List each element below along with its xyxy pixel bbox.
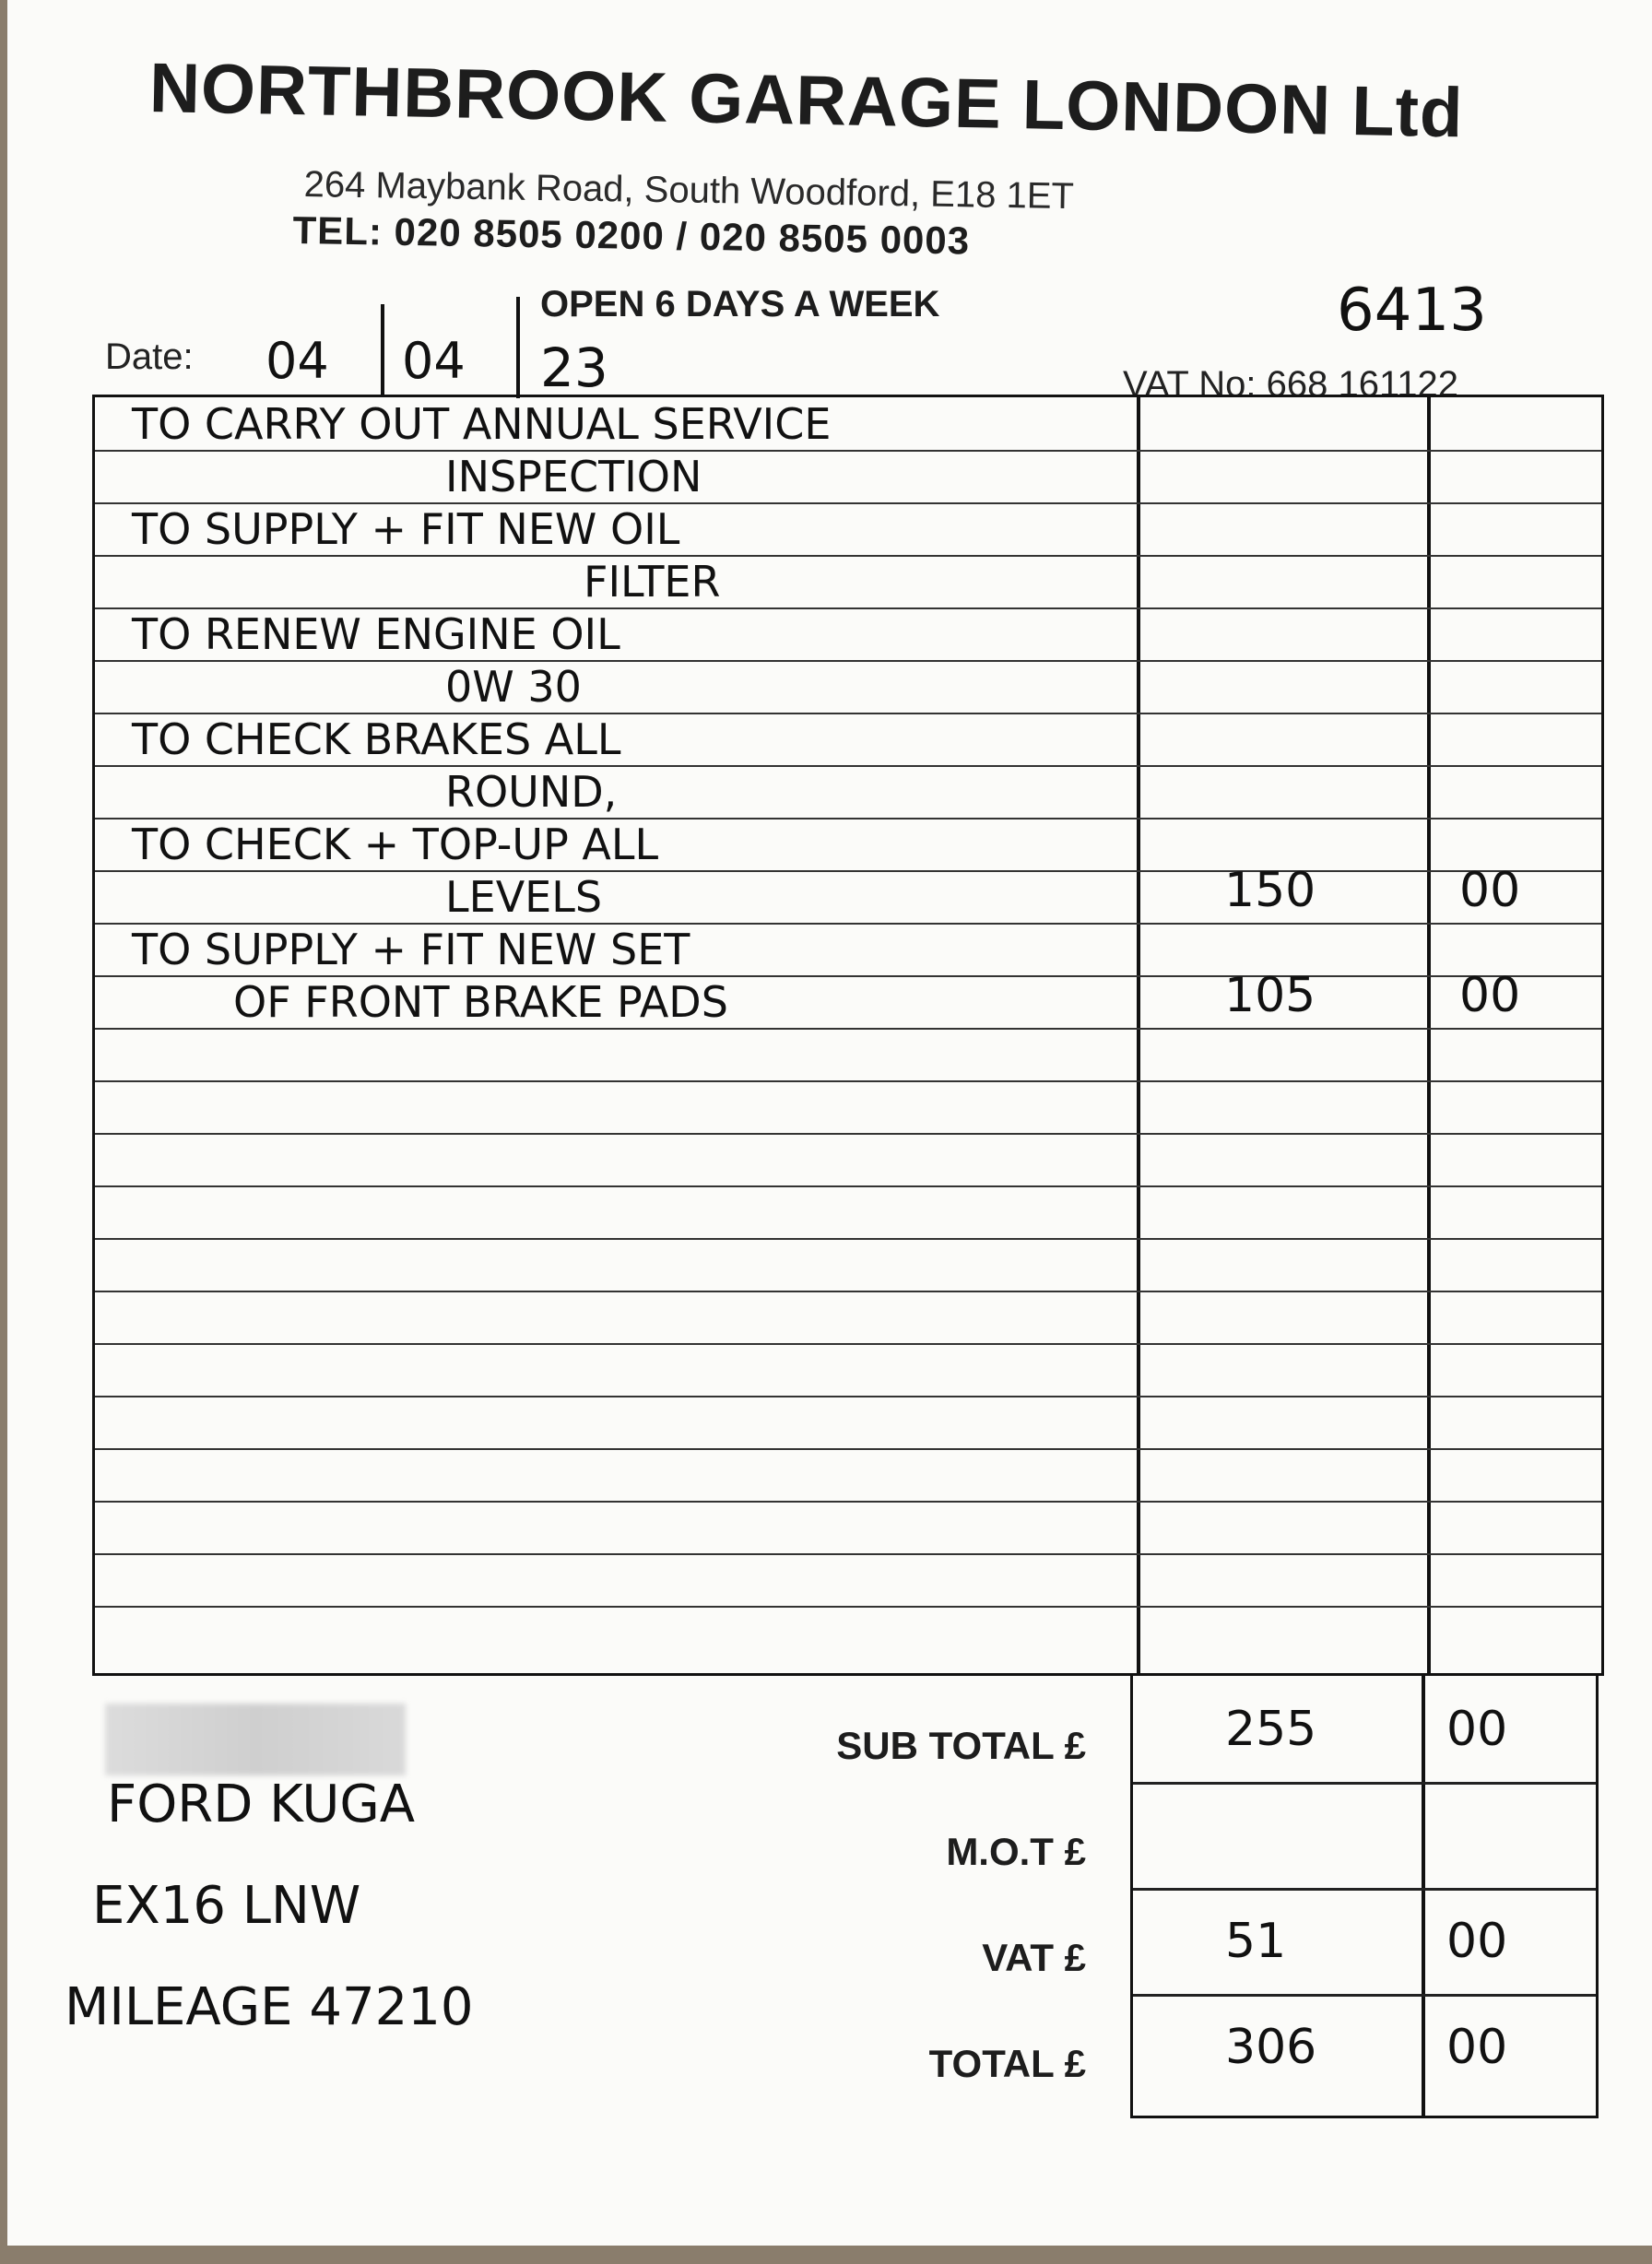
company-name: NORTHBROOK GARAGE LONDON Ltd bbox=[148, 48, 1569, 156]
line-item-text: 0W 30 bbox=[445, 662, 582, 712]
line-item-text: ROUND, bbox=[445, 767, 617, 817]
invoice-number: 6413 bbox=[1337, 277, 1487, 345]
vehicle-model: FORD KUGA bbox=[107, 1775, 415, 1834]
ruled-line bbox=[95, 1133, 1601, 1135]
totals-divider bbox=[1133, 1782, 1596, 1785]
ruled-line bbox=[95, 765, 1601, 767]
vehicle-registration: EX16 LNW bbox=[92, 1876, 360, 1936]
date-label: Date: bbox=[105, 336, 194, 378]
opening-hours: OPEN 6 DAYS A WEEK bbox=[540, 284, 939, 325]
total-label: VAT £ bbox=[982, 1936, 1086, 1980]
redacted-customer-name bbox=[105, 1704, 406, 1775]
total-pence: 00 bbox=[1446, 1702, 1507, 1757]
ruled-line bbox=[95, 1080, 1601, 1082]
line-item-text: INSPECTION bbox=[445, 452, 702, 501]
line-items-table: TO CARRY OUT ANNUAL SERVICEINSPECTIONTO … bbox=[92, 395, 1604, 1676]
line-item-text: TO RENEW ENGINE OIL bbox=[132, 609, 620, 659]
total-pounds: 51 bbox=[1225, 1914, 1286, 1969]
line-item-text: LEVELS bbox=[445, 872, 602, 922]
ruled-line bbox=[95, 1553, 1601, 1555]
ruled-line bbox=[95, 1606, 1601, 1608]
total-pounds: 255 bbox=[1225, 1702, 1316, 1757]
totals-table: 25500510030600 bbox=[1130, 1676, 1599, 2118]
ruled-line bbox=[95, 555, 1601, 557]
date-separator bbox=[516, 297, 520, 398]
column-divider bbox=[1137, 397, 1140, 1673]
column-divider bbox=[1427, 397, 1431, 1673]
line-item-pounds: 150 bbox=[1224, 863, 1316, 918]
ruled-line bbox=[95, 660, 1601, 662]
date-month: 04 bbox=[402, 332, 466, 390]
line-item-text: OF FRONT BRAKE PADS bbox=[233, 977, 728, 1027]
line-item-pence: 00 bbox=[1459, 968, 1520, 1023]
ruled-line bbox=[95, 1343, 1601, 1345]
line-item-text: FILTER bbox=[584, 557, 720, 607]
line-item-text: TO CHECK + TOP-UP ALL bbox=[132, 820, 658, 869]
ruled-line bbox=[95, 1291, 1601, 1292]
ruled-line bbox=[95, 450, 1601, 452]
invoice-paper: NORTHBROOK GARAGE LONDON Ltd 264 Maybank… bbox=[7, 0, 1652, 2246]
date-day: 04 bbox=[265, 332, 329, 390]
total-pence: 00 bbox=[1446, 1914, 1507, 1969]
line-item-pounds: 105 bbox=[1224, 968, 1316, 1023]
date-separator bbox=[381, 304, 384, 396]
line-item-text: TO SUPPLY + FIT NEW SET bbox=[132, 925, 690, 974]
line-item-text: TO CARRY OUT ANNUAL SERVICE bbox=[132, 399, 831, 449]
date-year: 23 bbox=[540, 336, 608, 399]
line-item-pence: 00 bbox=[1459, 863, 1520, 918]
total-pence: 00 bbox=[1446, 2020, 1507, 2075]
totals-divider bbox=[1133, 1994, 1596, 1997]
line-item-text: TO SUPPLY + FIT NEW OIL bbox=[132, 504, 679, 554]
ruled-line bbox=[95, 1396, 1601, 1397]
ruled-line bbox=[95, 870, 1601, 872]
total-label: TOTAL £ bbox=[929, 2042, 1086, 2086]
total-pounds: 306 bbox=[1225, 2020, 1316, 2075]
ruled-line bbox=[95, 1501, 1601, 1503]
line-item-text: TO CHECK BRAKES ALL bbox=[132, 714, 621, 764]
ruled-line bbox=[95, 1185, 1601, 1187]
ruled-line bbox=[95, 1448, 1601, 1450]
ruled-line bbox=[95, 1028, 1601, 1030]
vehicle-mileage: MILEAGE 47210 bbox=[65, 1977, 473, 2037]
company-telephone: TEL: 020 8505 0200 / 020 8505 0003 bbox=[292, 208, 970, 264]
totals-divider bbox=[1133, 1888, 1596, 1891]
column-divider bbox=[1422, 1676, 1425, 2116]
ruled-line bbox=[95, 1238, 1601, 1240]
total-label: M.O.T £ bbox=[946, 1830, 1086, 1874]
total-label: SUB TOTAL £ bbox=[836, 1724, 1086, 1768]
